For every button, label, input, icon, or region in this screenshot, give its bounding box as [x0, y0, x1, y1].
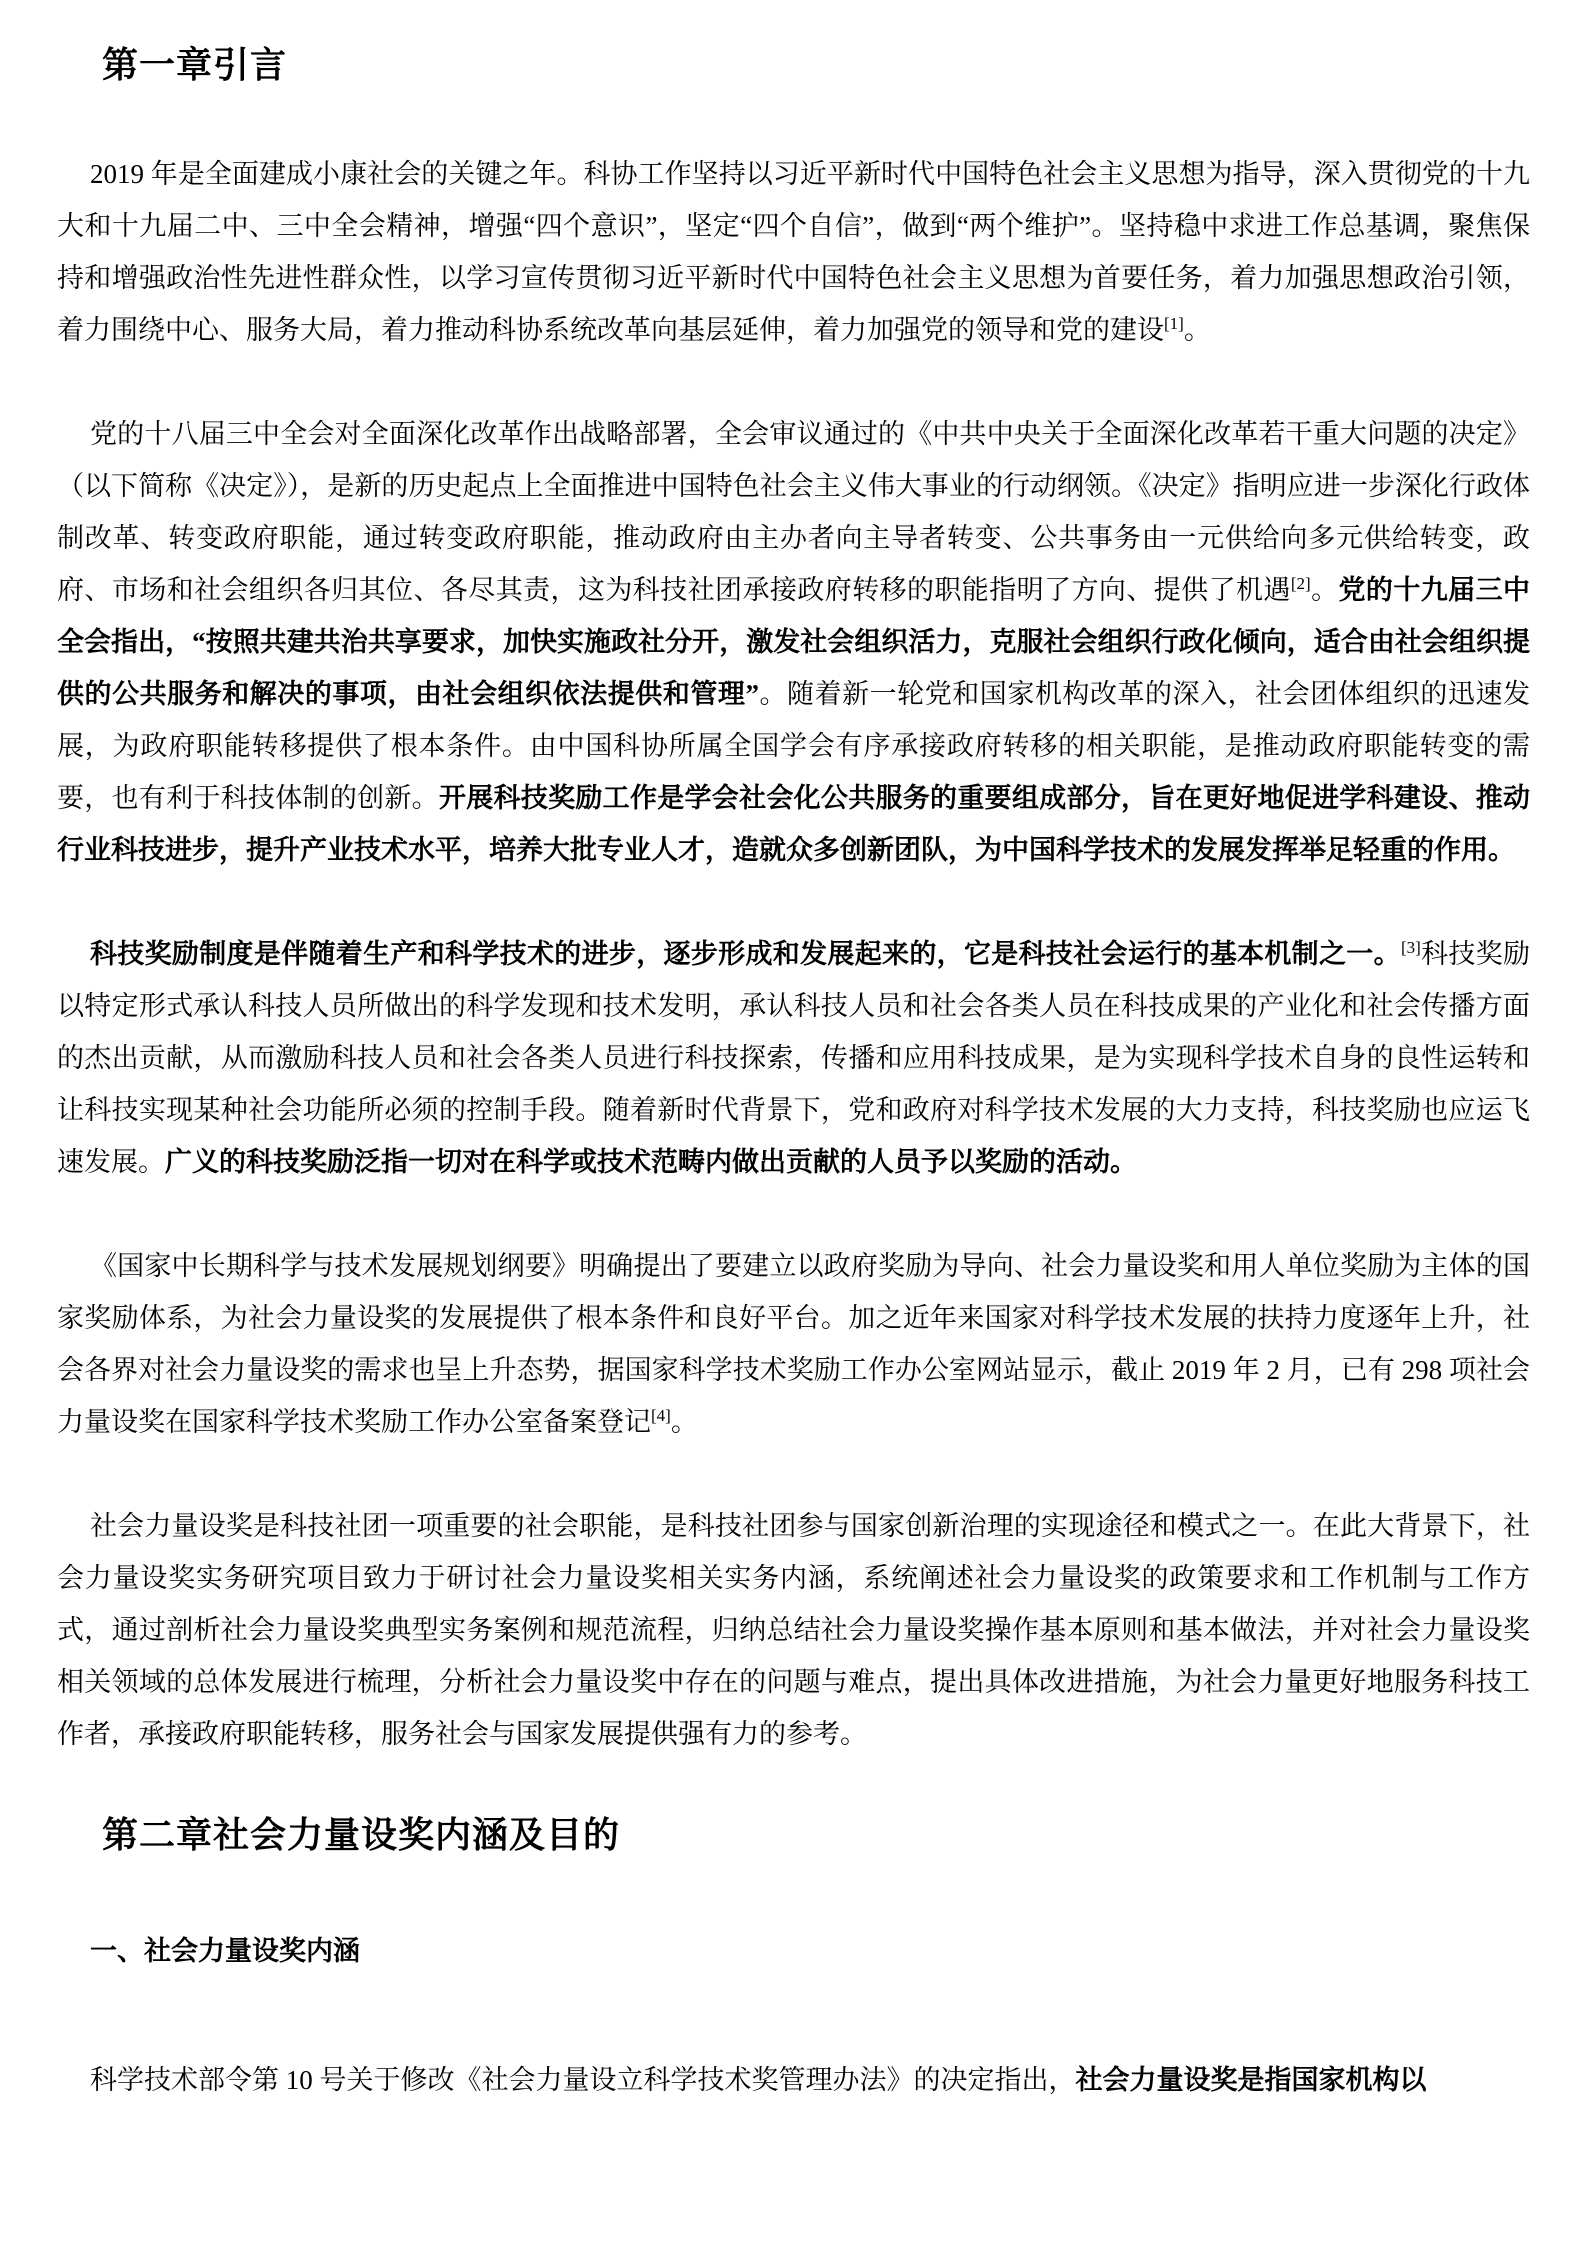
paragraph-3-text: 科技奖励以特定形式承认科技人员所做出的科学发现和技术发明，承认科技人员和社会各类… — [57, 939, 1530, 1177]
paragraph-4-text: 《国家中长期科学与技术发展规划纲要》明确提出了要建立以政府奖励为导向、社会力量设… — [57, 1251, 1530, 1437]
paragraph-3-bold-definition: 广义的科技奖励泛指一切对在科学或技术范畴内做出贡献的人员予以奖励的活动。 — [165, 1147, 1137, 1177]
footnote-ref-2: [2] — [1291, 574, 1311, 593]
paragraph-2-text: 。 — [1311, 575, 1339, 605]
paragraph-5: 社会力量设奖是科技社团一项重要的社会职能，是科技社团参与国家创新治理的实现途径和… — [57, 1500, 1530, 1760]
paragraph-1: 2019 年是全面建成小康社会的关键之年。科协工作坚持以习近平新时代中国特色社会… — [57, 148, 1530, 356]
paragraph-5-text: 社会力量设奖是科技社团一项重要的社会职能，是科技社团参与国家创新治理的实现途径和… — [57, 1511, 1530, 1749]
footnote-ref-1: [1] — [1164, 314, 1184, 333]
footnote-ref-4: [4] — [651, 1406, 671, 1425]
paragraph-6: 科学技术部令第 10 号关于修改《社会力量设立科学技术奖管理办法》的决定指出，社… — [57, 2054, 1530, 2106]
paragraph-1-tail: 。 — [1184, 315, 1211, 345]
paragraph-1-text: 2019 年是全面建成小康社会的关键之年。科协工作坚持以习近平新时代中国特色社会… — [57, 159, 1530, 345]
paragraph-6-bold-definition: 社会力量设奖是指国家机构以 — [1076, 2065, 1427, 2095]
paragraph-3: 科技奖励制度是伴随着生产和科学技术的进步，逐步形成和发展起来的，它是科技社会运行… — [57, 928, 1530, 1188]
section-1-heading: 一、社会力量设奖内涵 — [90, 1934, 1530, 1968]
chapter-1-heading: 第一章引言 — [102, 42, 1530, 88]
paragraph-2: 党的十八届三中全会对全面深化改革作出战略部署，全会审议通过的《中共中央关于全面深… — [57, 408, 1530, 876]
chapter-2-heading: 第二章社会力量设奖内涵及目的 — [102, 1812, 1530, 1858]
paragraph-4: 《国家中长期科学与技术发展规划纲要》明确提出了要建立以政府奖励为导向、社会力量设… — [57, 1240, 1530, 1448]
document-page: 第一章引言 2019 年是全面建成小康社会的关键之年。科协工作坚持以习近平新时代… — [0, 0, 1587, 2245]
footnote-ref-3: [3] — [1401, 938, 1421, 957]
paragraph-3-bold-lead: 科技奖励制度是伴随着生产和科学技术的进步，逐步形成和发展起来的，它是科技社会运行… — [90, 939, 1401, 969]
paragraph-4-tail: 。 — [671, 1407, 698, 1437]
paragraph-6-text: 科学技术部令第 10 号关于修改《社会力量设立科学技术奖管理办法》的决定指出， — [90, 2065, 1076, 2095]
